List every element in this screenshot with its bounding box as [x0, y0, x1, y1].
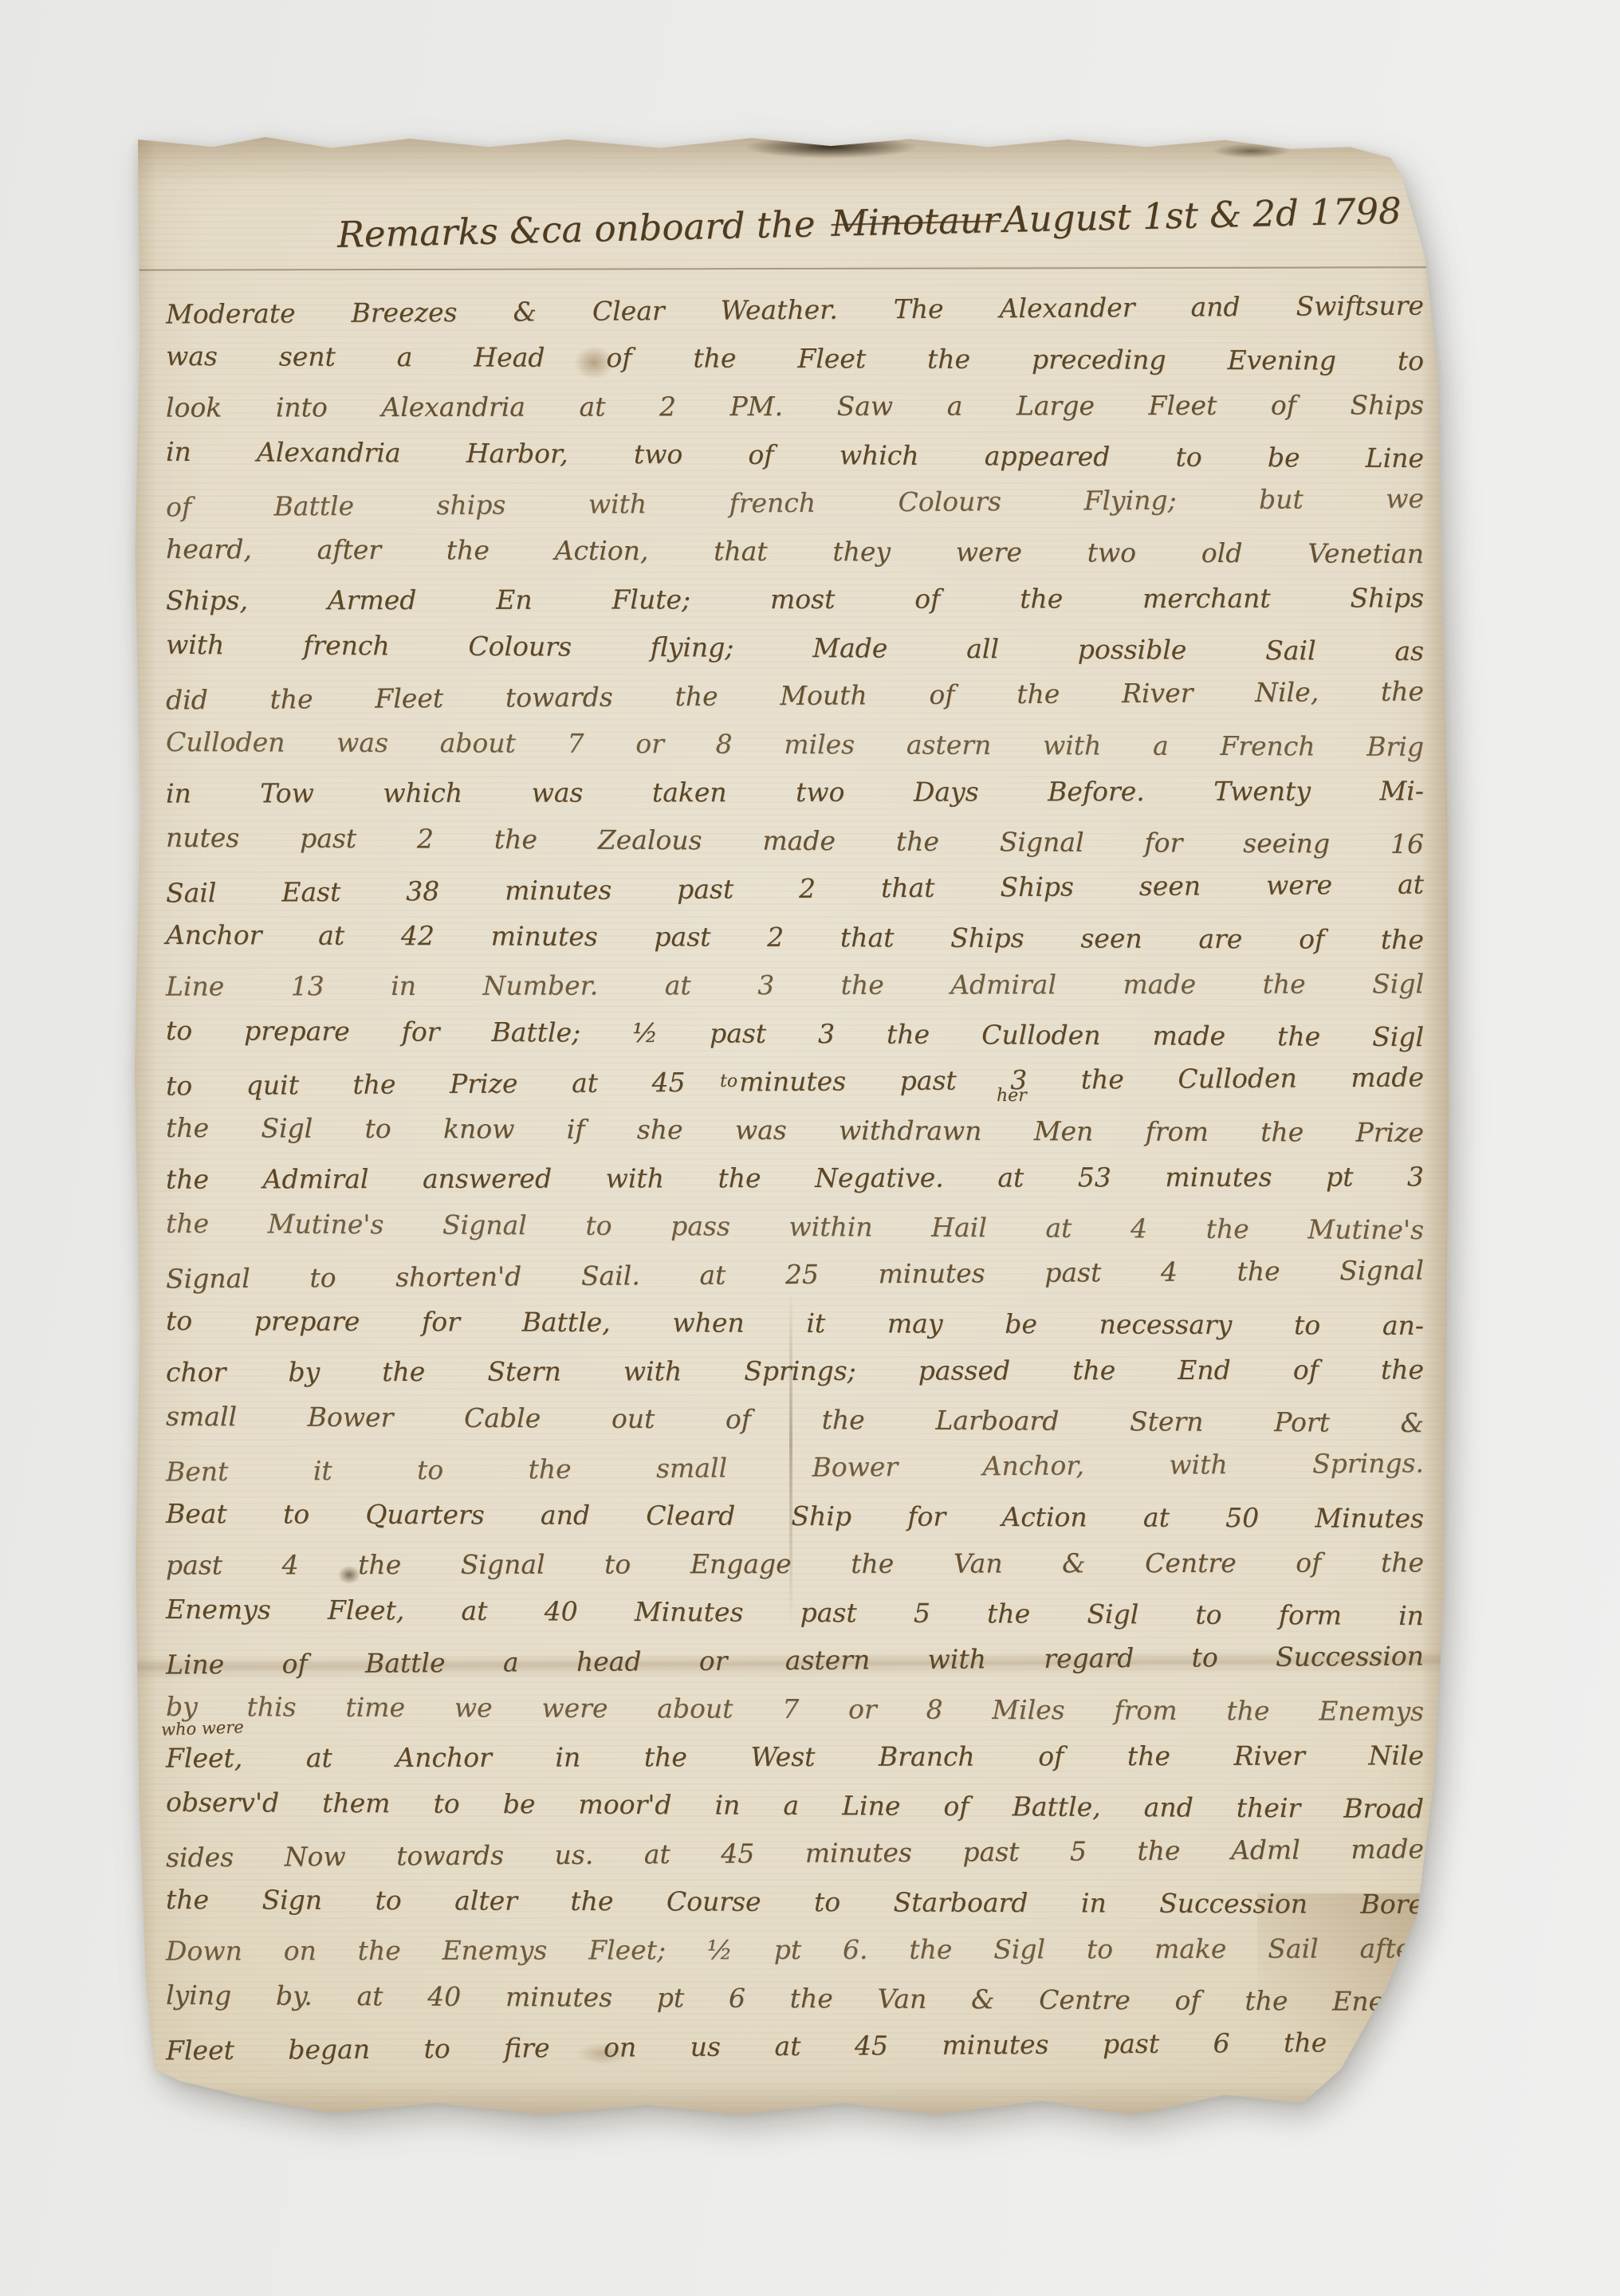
- interlinear-insertion-her: her: [997, 1086, 1027, 1106]
- manuscript-line: in Alexandria Harbor, two of which appea…: [166, 428, 1424, 483]
- manuscript-line: Culloden was about 7 or 8 miles astern w…: [166, 718, 1424, 772]
- margin-note-who-were: who were: [161, 1717, 244, 1740]
- manuscript-line: to quit the Prize at 45 minutes past 3 t…: [166, 1054, 1424, 1111]
- manuscript-line: Fleet, at Anchor in the West Branch of t…: [166, 1732, 1424, 1783]
- manuscript-line: Line of Battle a head or astern with reg…: [166, 1633, 1424, 1690]
- manuscript-line: Down on the Enemys Fleet; ½ pt 6. the Si…: [166, 1925, 1424, 1976]
- manuscript-line: nutes past 2 the Zealous made the Signal…: [166, 814, 1424, 869]
- photo-background: { "header": { "prefix": "Remarks &ca onb…: [0, 0, 1620, 2296]
- manuscript-line: the Sigl to know if she was withdrawn Me…: [166, 1104, 1424, 1158]
- manuscript-line: Line 13 in Number. at 3 the Admiral made…: [166, 961, 1424, 1012]
- manuscript-line: by this time we were about 7 or 8 Miles …: [166, 1683, 1424, 1736]
- manuscript-line: Signal to shorten'd Sail. at 25 minutes …: [166, 1247, 1424, 1304]
- manuscript-line: observ'd them to be moor'd in a Line of …: [166, 1779, 1424, 1834]
- manuscript-line: was sent a Head of the Fleet the precedi…: [166, 332, 1424, 386]
- interlinear-insertion-to: to: [720, 1071, 737, 1091]
- manuscript-line: chor by the Stern with Springs; passed t…: [166, 1347, 1424, 1398]
- manuscript-line: lying by. at 40 minutes pt 6 the Van & C…: [166, 1972, 1424, 2027]
- manuscript-line: to prepare for Battle; ½ past 3 the Cull…: [166, 1007, 1424, 1062]
- manuscript-line: to prepare for Battle, when it may be ne…: [166, 1297, 1424, 1350]
- manuscript-line: Anchor at 42 minutes past 2 that Ships s…: [166, 911, 1424, 965]
- manuscript-line: the Sign to alter the Course to Starboar…: [166, 1876, 1424, 1929]
- paper-sheet: Remarks &ca onboard the Minotaur August …: [134, 137, 1449, 2117]
- ship-name: Minotaur: [831, 199, 1001, 245]
- manuscript-line: the Admiral answered with the Negative. …: [166, 1154, 1424, 1205]
- manuscript-line: small Bower Cable out of the Larboard St…: [166, 1393, 1424, 1448]
- manuscript-line: past 4 the Signal to Engage the Van & Ce…: [166, 1539, 1424, 1590]
- manuscript-line: Enemys Fleet, at 40 Minutes past 5 the S…: [166, 1586, 1424, 1641]
- header-date: August 1st & 2d 1798: [1003, 190, 1402, 241]
- manuscript-line: Bent it to the small Bower Anchor, with …: [166, 1440, 1424, 1497]
- manuscript-line: with french Colours flying; Made all pos…: [166, 621, 1424, 676]
- manuscript-line: of Battle ships with french Colours Flyi…: [166, 475, 1424, 533]
- manuscript-line: Beat to Quarters and Cleard Ship for Act…: [166, 1490, 1424, 1543]
- manuscript-line: heard, after the Action, that they were …: [166, 525, 1424, 579]
- manuscript-body: Moderate Breezes & Clear Weather. The Al…: [166, 287, 1424, 2072]
- manuscript-line: Moderate Breezes & Clear Weather. The Al…: [166, 282, 1424, 340]
- manuscript-line: Sail East 38 minutes past 2 that Ships s…: [166, 861, 1424, 918]
- manuscript-line: in Tow which was taken two Days Before. …: [166, 768, 1424, 819]
- manuscript-line: look into Alexandria at 2 PM. Saw a Larg…: [166, 382, 1424, 433]
- manuscript-line: Ships, Armed En Flute; most of the merch…: [166, 575, 1424, 626]
- manuscript-line: the Mutine's Signal to pass within Hail …: [166, 1200, 1424, 1255]
- manuscript-line: sides Now towards us. at 45 minutes past…: [166, 1826, 1424, 1883]
- manuscript-line: Fleet began to fire on us at 45 minutes …: [166, 2019, 1424, 2076]
- manuscript-page: Remarks &ca onboard the Minotaur August …: [134, 137, 1449, 2117]
- manuscript-line: did the Fleet towards the Mouth of the R…: [166, 668, 1424, 725]
